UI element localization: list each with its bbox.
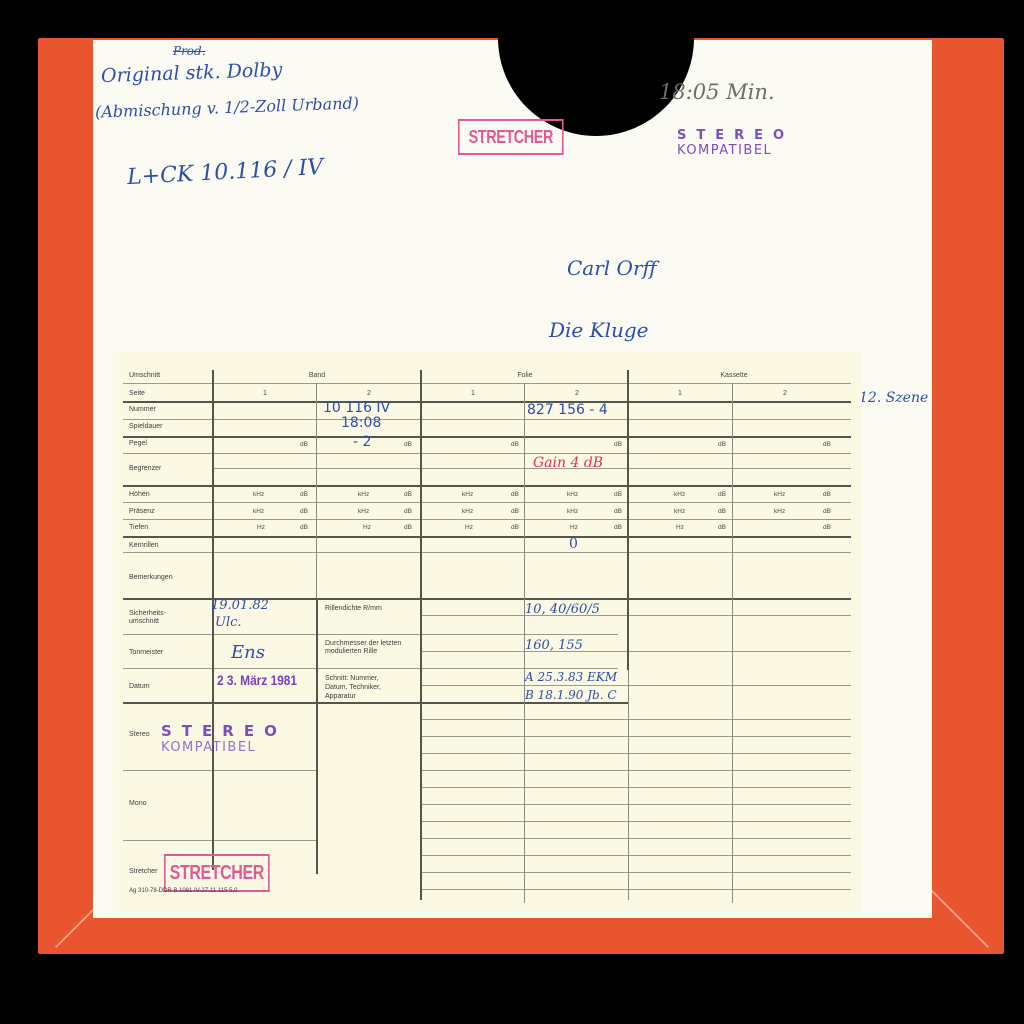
entry-schnitt-a: A 25.3.83 EKM xyxy=(525,670,617,684)
unit-hz: Hz xyxy=(676,524,684,531)
band-side-2: 2 xyxy=(318,390,420,397)
corner-mitre-bottom-right xyxy=(931,890,989,948)
stamp-stereo-line2: KOMPATIBEL xyxy=(677,143,794,158)
label-spieldauer: Spieldauer xyxy=(129,423,162,430)
unit-db: dB xyxy=(300,508,308,515)
unit-db: dB xyxy=(404,441,412,448)
header-band: Band xyxy=(214,372,420,379)
unit-khz: kHz xyxy=(462,508,473,515)
entry-folie2-kernrillen: 0 xyxy=(569,536,578,552)
label-tonmeister: Tonmeister xyxy=(129,649,163,656)
note-line2: (Abmischung v. 1/2-Zoll Urband) xyxy=(95,93,359,121)
label-pegel: Pegel xyxy=(129,440,147,447)
label-hoehen: Höhen xyxy=(129,491,150,498)
unit-khz: kHz xyxy=(774,491,785,498)
label-stretcher: Stretcher xyxy=(129,868,157,875)
label-bemerkungen: Bemerkungen xyxy=(129,574,173,581)
entry-folie2-begrenzer: Gain 4 dB xyxy=(533,455,603,471)
note-composer: Carl Orff xyxy=(567,256,657,280)
unit-db: dB xyxy=(404,491,412,498)
label-kernrillen: Kernrillen xyxy=(129,542,159,549)
form-footer-code: Ag 310-78-DDR B 1081 IV-27-11 115 5,0 xyxy=(129,888,238,894)
unit-db: dB xyxy=(718,508,726,515)
unit-khz: kHz xyxy=(567,508,578,515)
label-stereo: Stereo xyxy=(129,731,150,738)
label-praesenz: Präsenz xyxy=(129,508,155,515)
stretcher-stamp-top: STRETCHER xyxy=(458,119,564,155)
unit-khz: kHz xyxy=(674,491,685,498)
label-tiefen: Tiefen xyxy=(129,524,148,531)
unit-khz: kHz xyxy=(567,491,578,498)
unit-db: dB xyxy=(823,441,831,448)
recording-form-card: Umschnitt Band Folie Kassette Seite 1 2 … xyxy=(113,352,862,912)
unit-db: dB xyxy=(511,508,519,515)
kassette-side-2: 2 xyxy=(734,390,836,397)
label-sicherheitsumschnitt: Sicherheits-umschnitt xyxy=(129,610,189,626)
entry-durchmesser: 160, 155 xyxy=(525,638,583,653)
entry-tonmeister-signature: Ens xyxy=(231,642,265,663)
entry-sicherheit-date: 19.01.82 xyxy=(211,598,269,613)
unit-db: dB xyxy=(614,441,622,448)
entry-folie2-nummer: 827 156 - 4 xyxy=(527,402,608,418)
card-stamp-stereo-line2: KOMPATIBEL xyxy=(161,740,287,755)
unit-db: dB xyxy=(614,508,622,515)
unit-db: dB xyxy=(404,508,412,515)
note-title: Die Kluge xyxy=(549,318,648,342)
unit-db: dB xyxy=(614,491,622,498)
unit-db: dB xyxy=(823,508,831,515)
kassette-side-1: 1 xyxy=(629,390,731,397)
unit-hz: Hz xyxy=(257,524,265,531)
label-rillendichte: Rillendichte R/mm xyxy=(325,605,405,613)
unit-hz: Hz xyxy=(570,524,578,531)
unit-hz: Hz xyxy=(363,524,371,531)
label-umschnitt: Umschnitt xyxy=(129,372,160,379)
header-folie: Folie xyxy=(422,372,628,379)
unit-khz: kHz xyxy=(674,508,685,515)
unit-khz: kHz xyxy=(462,491,473,498)
unit-db: dB xyxy=(511,491,519,498)
unit-db: dB xyxy=(718,524,726,531)
entry-band2-pegel: - 2 xyxy=(353,434,371,450)
card-stamp-stereo-line1: STEREO xyxy=(161,722,287,740)
unit-khz: kHz xyxy=(358,508,369,515)
folie-side-2: 2 xyxy=(526,390,628,397)
unit-khz: kHz xyxy=(253,491,264,498)
unit-khz: kHz xyxy=(774,508,785,515)
unit-db: dB xyxy=(511,524,519,531)
label-datum: Datum xyxy=(129,683,150,690)
note-duration: 18:05 Min. xyxy=(659,80,775,104)
unit-khz: kHz xyxy=(358,491,369,498)
label-durchmesser: Durchmesser der letzten modulierten Rill… xyxy=(325,640,415,656)
label-nummer: Nummer xyxy=(129,406,156,413)
label-schnitt: Schnitt: Nummer, Datum, Techniker, Appar… xyxy=(325,674,385,701)
unit-khz: kHz xyxy=(253,508,264,515)
unit-db: dB xyxy=(718,441,726,448)
entry-rillendichte: 10, 40/60/5 xyxy=(525,602,600,617)
unit-db: dB xyxy=(614,524,622,531)
unit-db: dB xyxy=(823,491,831,498)
note-line1: Original stk. Dolby xyxy=(101,59,283,87)
entry-sicherheit-signature: Ulc. xyxy=(215,615,242,630)
unit-db: dB xyxy=(823,524,831,531)
label-seite: Seite xyxy=(129,390,145,397)
thumb-notch xyxy=(498,0,694,136)
entry-band2-spieldauer: 18:08 xyxy=(341,415,381,431)
unit-db: dB xyxy=(404,524,412,531)
date-stamp: 2 3. März 1981 xyxy=(217,672,297,688)
folie-side-1: 1 xyxy=(422,390,524,397)
stretcher-stamp-card: STRETCHER xyxy=(164,854,270,892)
unit-db: dB xyxy=(718,491,726,498)
stereo-kompatibel-stamp-card: STEREO KOMPATIBEL xyxy=(161,722,287,755)
unit-db: dB xyxy=(300,441,308,448)
note-struck: Prod. xyxy=(173,44,206,58)
entry-schnitt-b: B 18.1.90 Jb. C xyxy=(525,688,617,702)
header-kassette: Kassette xyxy=(629,372,839,379)
note-scene: 12. Szene xyxy=(859,390,928,406)
unit-db: dB xyxy=(511,441,519,448)
unit-db: dB xyxy=(300,524,308,531)
stereo-kompatibel-stamp-top: STEREO KOMPATIBEL xyxy=(677,128,794,158)
label-begrenzer: Begrenzer xyxy=(129,465,161,472)
unit-hz: Hz xyxy=(465,524,473,531)
unit-db: dB xyxy=(300,491,308,498)
band-side-1: 1 xyxy=(214,390,316,397)
entry-band2-nummer: 10 116 IV xyxy=(323,400,390,416)
stamp-stereo-line1: STEREO xyxy=(677,128,794,143)
label-mono: Mono xyxy=(129,800,147,807)
note-catalog: L+CK 10.116 / IV xyxy=(126,155,323,190)
